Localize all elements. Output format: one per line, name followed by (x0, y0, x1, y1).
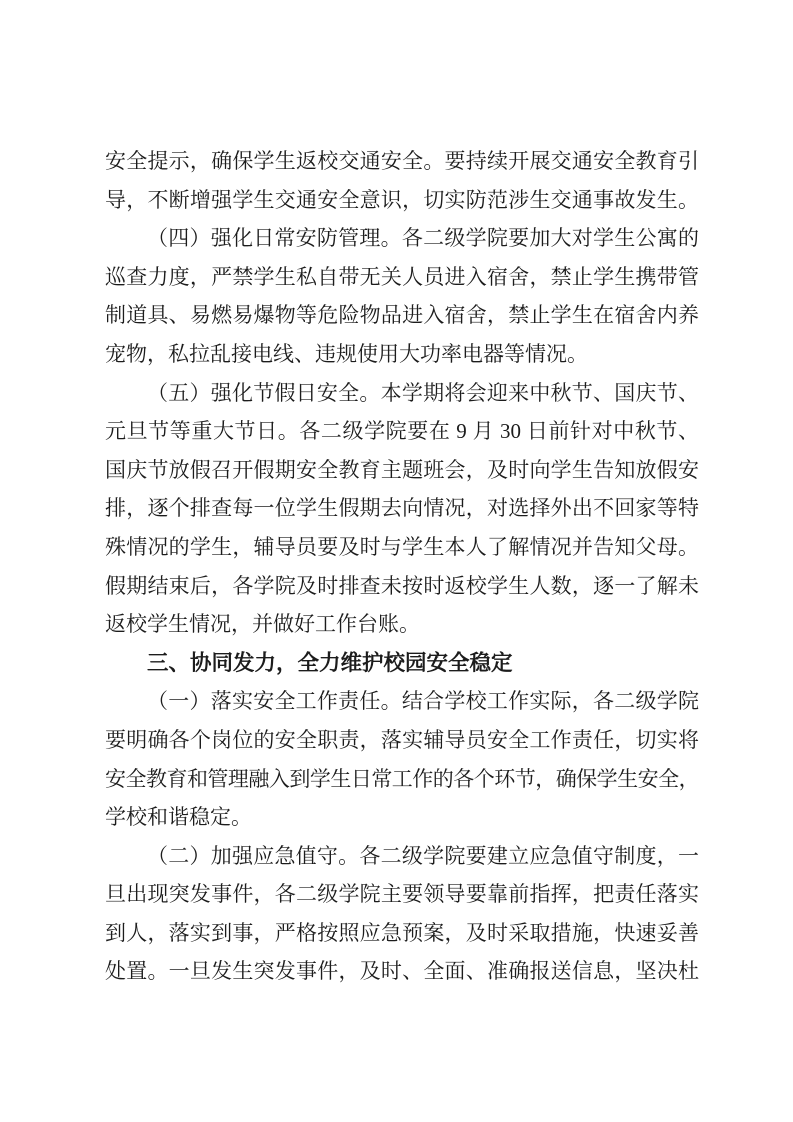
text-line: 到人，落实到事，严格按照应急预案，及时采取措施，快速妥善 (105, 914, 699, 953)
document-body: 安全提示，确保学生返校交通安全。要持续开展交通安全教育引导，不断增强学生交通安全… (105, 142, 699, 991)
text-line: 排，逐个排查每一位学生假期去向情况，对选择外出不回家等特 (105, 489, 699, 528)
text-line: 宠物，私拉乱接电线、违规使用大功率电器等情况。 (105, 335, 699, 374)
document-page: 安全提示，确保学生返校交通安全。要持续开展交通安全教育引导，不断增强学生交通安全… (0, 0, 793, 1122)
text-line: 安全教育和管理融入到学生日常工作的各个环节，确保学生安全， (105, 760, 699, 799)
text-line: 国庆节放假召开假期安全教育主题班会，及时向学生告知放假安 (105, 451, 699, 490)
text-line: 返校学生情况，并做好工作台账。 (105, 605, 699, 644)
text-line: 殊情况的学生，辅导员要及时与学生本人了解情况并告知父母。 (105, 528, 699, 567)
text-line: 学校和谐稳定。 (105, 798, 699, 837)
text-line: 巡查力度，严禁学生私自带无关人员进入宿舍，禁止学生携带管 (105, 258, 699, 297)
text-line: （五）强化节假日安全。本学期将会迎来中秋节、国庆节、 (105, 374, 699, 413)
text-line: 旦出现突发事件，各二级学院主要领导要靠前指挥，把责任落实 (105, 875, 699, 914)
text-line: 导，不断增强学生交通安全意识，切实防范涉生交通事故发生。 (105, 181, 699, 220)
text-line: 安全提示，确保学生返校交通安全。要持续开展交通安全教育引 (105, 142, 699, 181)
text-line: （四）强化日常安防管理。各二级学院要加大对学生公寓的 (105, 219, 699, 258)
text-line: 处置。一旦发生突发事件，及时、全面、准确报送信息，坚决杜 (105, 952, 699, 991)
section-heading-3: 三、协同发力，全力维护校园安全稳定 (105, 644, 699, 683)
text-line: 要明确各个岗位的安全职责，落实辅导员安全工作责任，切实将 (105, 721, 699, 760)
text-line: 元旦节等重大节日。各二级学院要在 9 月 30 日前针对中秋节、 (105, 412, 699, 451)
text-line: （二）加强应急值守。各二级学院要建立应急值守制度，一 (105, 837, 699, 876)
text-line: （一）落实安全工作责任。结合学校工作实际，各二级学院 (105, 682, 699, 721)
text-line: 假期结束后，各学院及时排查未按时返校学生人数，逐一了解未 (105, 567, 699, 606)
text-line: 制道具、易燃易爆物等危险物品进入宿舍，禁止学生在宿舍内养 (105, 296, 699, 335)
